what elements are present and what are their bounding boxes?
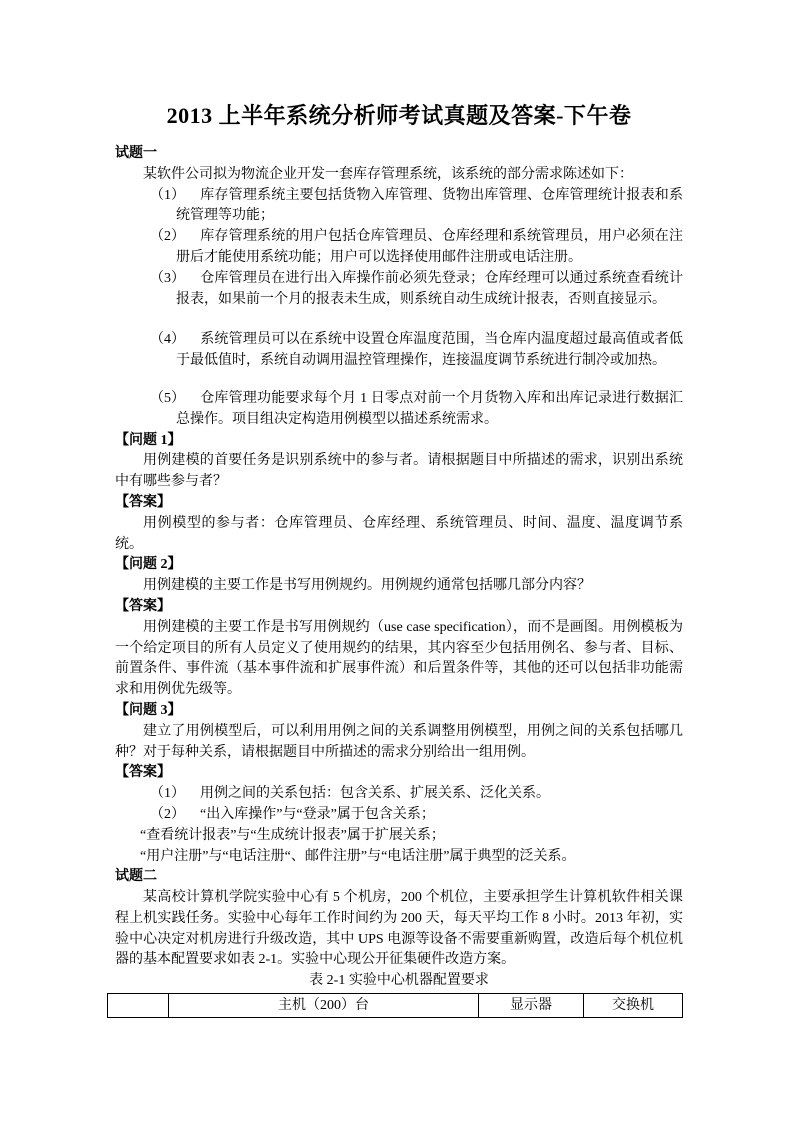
- requirement-item-1: （1）库存管理系统主要包括货物入库管理、货物出库管理、仓库管理统计报表和系统管理…: [115, 186, 683, 228]
- table-cell-empty: [108, 994, 169, 1018]
- item-number: （3）: [150, 269, 200, 290]
- problem1-heading: 【问题 1】: [115, 431, 683, 452]
- problem2-heading: 【问题 2】: [115, 555, 683, 576]
- document-title: 2013 上半年系统分析师考试真题及答案-下午卷: [115, 101, 683, 131]
- config-table: 主机（200）台 显示器 交换机: [107, 993, 683, 1018]
- requirement-item-4: （4）系统管理员可以在系统中设置仓库温度范围，当仓库内温度超过最高值或者低于最低…: [115, 330, 683, 372]
- answer2-heading: 【答案】: [115, 597, 683, 618]
- item-text: 仓库管理员在进行出入库操作前必须先登录；仓库经理可以通过系统查看统计报表，如果前…: [176, 271, 683, 307]
- problem2-text: 用例建模的主要工作是书写用例规约。用例规约通常包括哪几部分内容？: [115, 576, 683, 597]
- table-caption: 表 2-1 实验中心机器配置要求: [115, 971, 683, 992]
- answer2-text: 用例建模的主要工作是书写用例规约（use case specification）…: [115, 618, 683, 701]
- answer3-line-extend: “查看统计报表”与“生成统计报表”属于扩展关系；: [115, 826, 683, 847]
- problem1-text: 用例建模的首要任务是识别系统中的参与者。请根据题目中所描述的需求，识别出系统中有…: [115, 451, 683, 493]
- table-cell-host: 主机（200）台: [169, 994, 479, 1018]
- answer3-item-1: （1）用例之间的关系包括：包含关系、扩展关系、泛化关系。: [115, 784, 683, 805]
- exam1-heading: 试题一: [115, 144, 683, 165]
- item-number: （1）: [150, 186, 200, 207]
- table-cell-switch: 交换机: [584, 994, 683, 1018]
- item-number: （1）: [150, 784, 200, 805]
- item-number: （2）: [150, 805, 200, 826]
- item-number: （4）: [150, 330, 200, 351]
- answer1-heading: 【答案】: [115, 493, 683, 514]
- exam2-heading: 试题二: [115, 867, 683, 888]
- table-cell-monitor: 显示器: [479, 994, 584, 1018]
- answer3-item-2: （2）“出入库操作”与“登录”属于包含关系；: [115, 805, 683, 826]
- exam1-intro: 某软件公司拟为物流企业开发一套库存管理系统，该系统的部分需求陈述如下：: [115, 165, 683, 186]
- problem3-heading: 【问题 3】: [115, 701, 683, 722]
- requirement-item-3: （3）仓库管理员在进行出入库操作前必须先登录；仓库经理可以通过系统查看统计报表，…: [115, 269, 683, 311]
- answer3-heading: 【答案】: [115, 763, 683, 784]
- answer1-text: 用例模型的参与者：仓库管理员、仓库经理、系统管理员、时间、温度、温度调节系统。: [115, 514, 683, 556]
- exam2-intro: 某高校计算机学院实验中心有 5 个机房，200 个机位，主要承担学生计算机软件相…: [115, 888, 683, 971]
- item-number: （5）: [150, 389, 200, 410]
- requirement-item-2: （2）库存管理系统的用户包括仓库管理员、仓库经理和系统管理员，用户必须在注册后才…: [115, 227, 683, 269]
- item-number: （2）: [150, 227, 200, 248]
- item-text: 库存管理系统的用户包括仓库管理员、仓库经理和系统管理员，用户必须在注册后才能使用…: [176, 229, 683, 265]
- requirement-item-5: （5）仓库管理功能要求每个月 1 日零点对前一个月货物入库和出库记录进行数据汇总…: [115, 389, 683, 431]
- item-text: 用例之间的关系包括：包含关系、扩展关系、泛化关系。: [200, 786, 550, 801]
- item-text: 系统管理员可以在系统中设置仓库温度范围，当仓库内温度超过最高值或者低于最低值时，…: [176, 332, 683, 368]
- problem3-text: 建立了用例模型后，可以利用用例之间的关系调整用例模型，用例之间的关系包括哪几种？…: [115, 722, 683, 764]
- item-text: 库存管理系统主要包括货物入库管理、货物出库管理、仓库管理统计报表和系统管理等功能…: [176, 188, 683, 224]
- item-text: 仓库管理功能要求每个月 1 日零点对前一个月货物入库和出库记录进行数据汇总操作。…: [176, 391, 683, 427]
- table-header-row: 主机（200）台 显示器 交换机: [108, 994, 683, 1018]
- document-page: 2013 上半年系统分析师考试真题及答案-下午卷 试题一 某软件公司拟为物流企业…: [0, 0, 794, 1123]
- answer3-line-generalize: “用户注册”与“电话注册“、邮件注册”与“电话注册”属于典型的泛关系。: [115, 847, 683, 868]
- item-text: “出入库操作”与“登录”属于包含关系；: [200, 807, 435, 822]
